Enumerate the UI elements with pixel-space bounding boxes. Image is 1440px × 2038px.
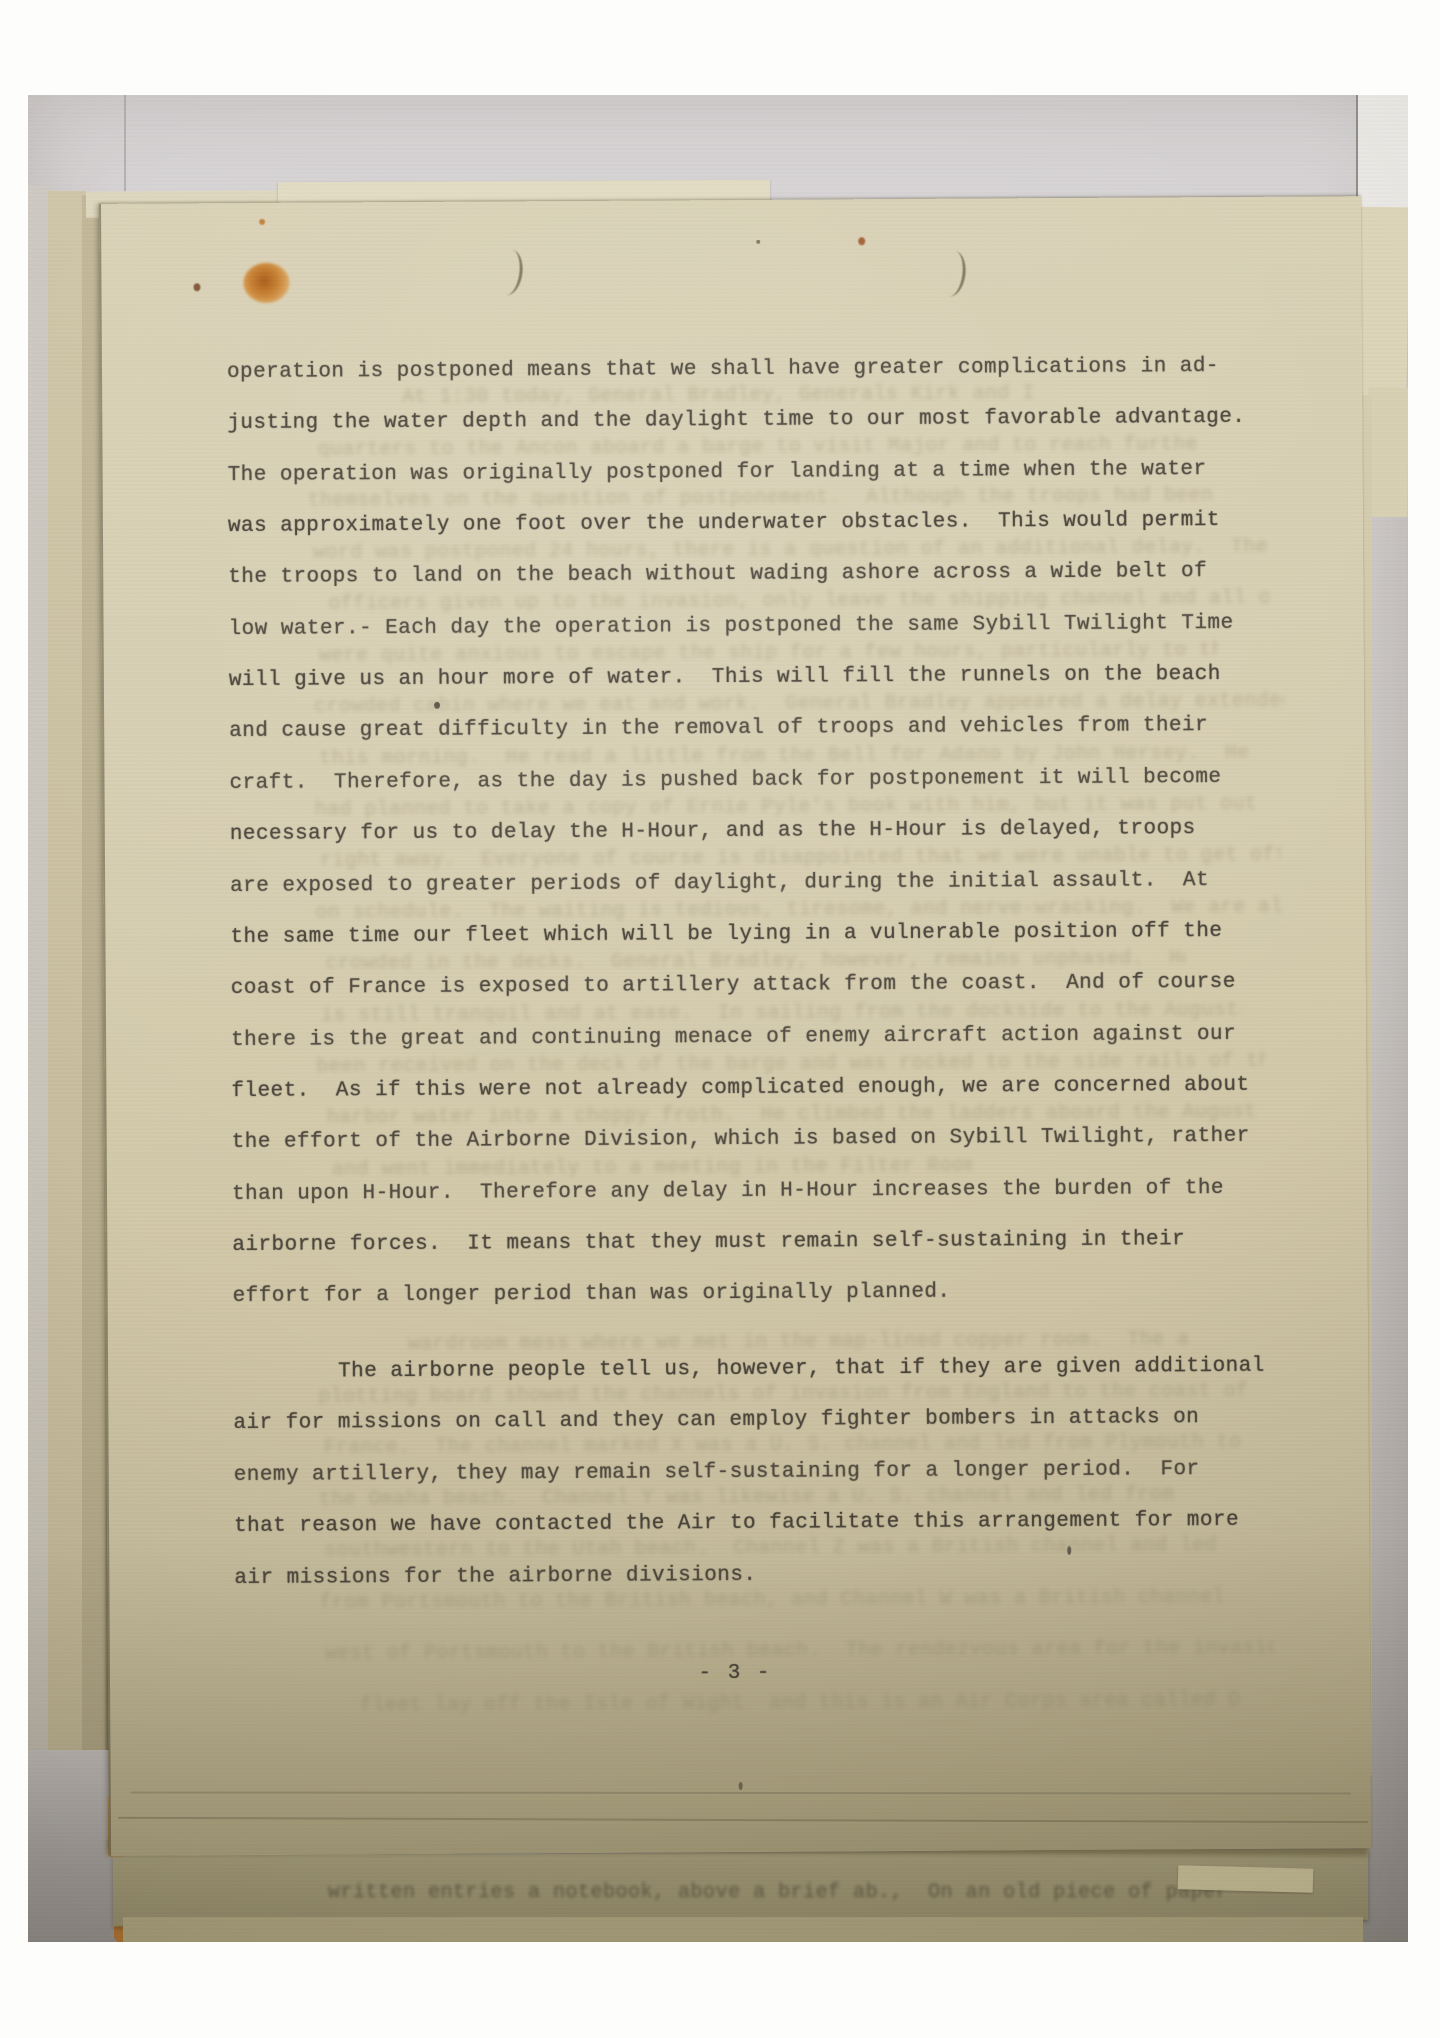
- typed-line: The airborne people tell us, however, th…: [338, 1354, 1265, 1386]
- wall-crease: [124, 95, 126, 203]
- typed-line: The operation was originally postponed f…: [228, 457, 1207, 489]
- photograph-of-document: written entries a notebook, above a brie…: [28, 95, 1408, 1942]
- typed-line: that reason we have contacted the Air to…: [234, 1508, 1239, 1540]
- typed-line: coast of France is exposed to artillery …: [231, 970, 1236, 1002]
- typed-line: are exposed to greater periods of daylig…: [230, 868, 1209, 900]
- typed-line: there is the great and continuing menace…: [231, 1022, 1236, 1054]
- typed-page: At 1:30 today, General Bradley, Generals…: [99, 196, 1371, 1856]
- typed-line: enemy artillery, they may remain self-su…: [234, 1457, 1200, 1489]
- typed-line: air missions for the airborne divisions.: [234, 1563, 756, 1592]
- typed-line: the same time our fleet which will be ly…: [230, 919, 1222, 951]
- sheet-corner-right: [1367, 387, 1408, 517]
- typed-line: justing the water depth and the daylight…: [227, 405, 1245, 437]
- typed-line: fleet. As if this were not already compl…: [231, 1073, 1249, 1105]
- typed-line: will give us an hour more of water. This…: [229, 662, 1221, 694]
- curled-page-corner: [1178, 1865, 1314, 1893]
- typed-line: than upon H-Hour. Therefore any delay in…: [232, 1176, 1224, 1208]
- typed-line: the effort of the Airborne Division, whi…: [232, 1124, 1250, 1156]
- typed-line: airborne forces. It means that they must…: [232, 1227, 1185, 1259]
- typed-line: necessary for us to delay the H-Hour, an…: [230, 816, 1196, 848]
- sheet-corner-right: [1356, 207, 1408, 398]
- typed-line: low water.- Each day the operation is po…: [229, 611, 1234, 643]
- typed-line: was approximately one foot over the unde…: [228, 508, 1220, 540]
- stack-left-edge: [48, 191, 86, 1791]
- typed-line: and cause great difficulty in the remova…: [229, 713, 1208, 745]
- under-sheet-edge: [123, 1917, 1363, 1942]
- typed-text-layer: operation is postponed means that we sha…: [101, 196, 1371, 1856]
- typed-line: effort for a longer period than was orig…: [233, 1280, 951, 1310]
- typed-line: craft. Therefore, as the day is pushed b…: [229, 765, 1221, 797]
- typed-line: operation is postponed means that we sha…: [227, 354, 1219, 386]
- typed-line: air for missions on call and they can em…: [233, 1405, 1199, 1437]
- typed-line: the troops to land on the beach without …: [228, 559, 1207, 591]
